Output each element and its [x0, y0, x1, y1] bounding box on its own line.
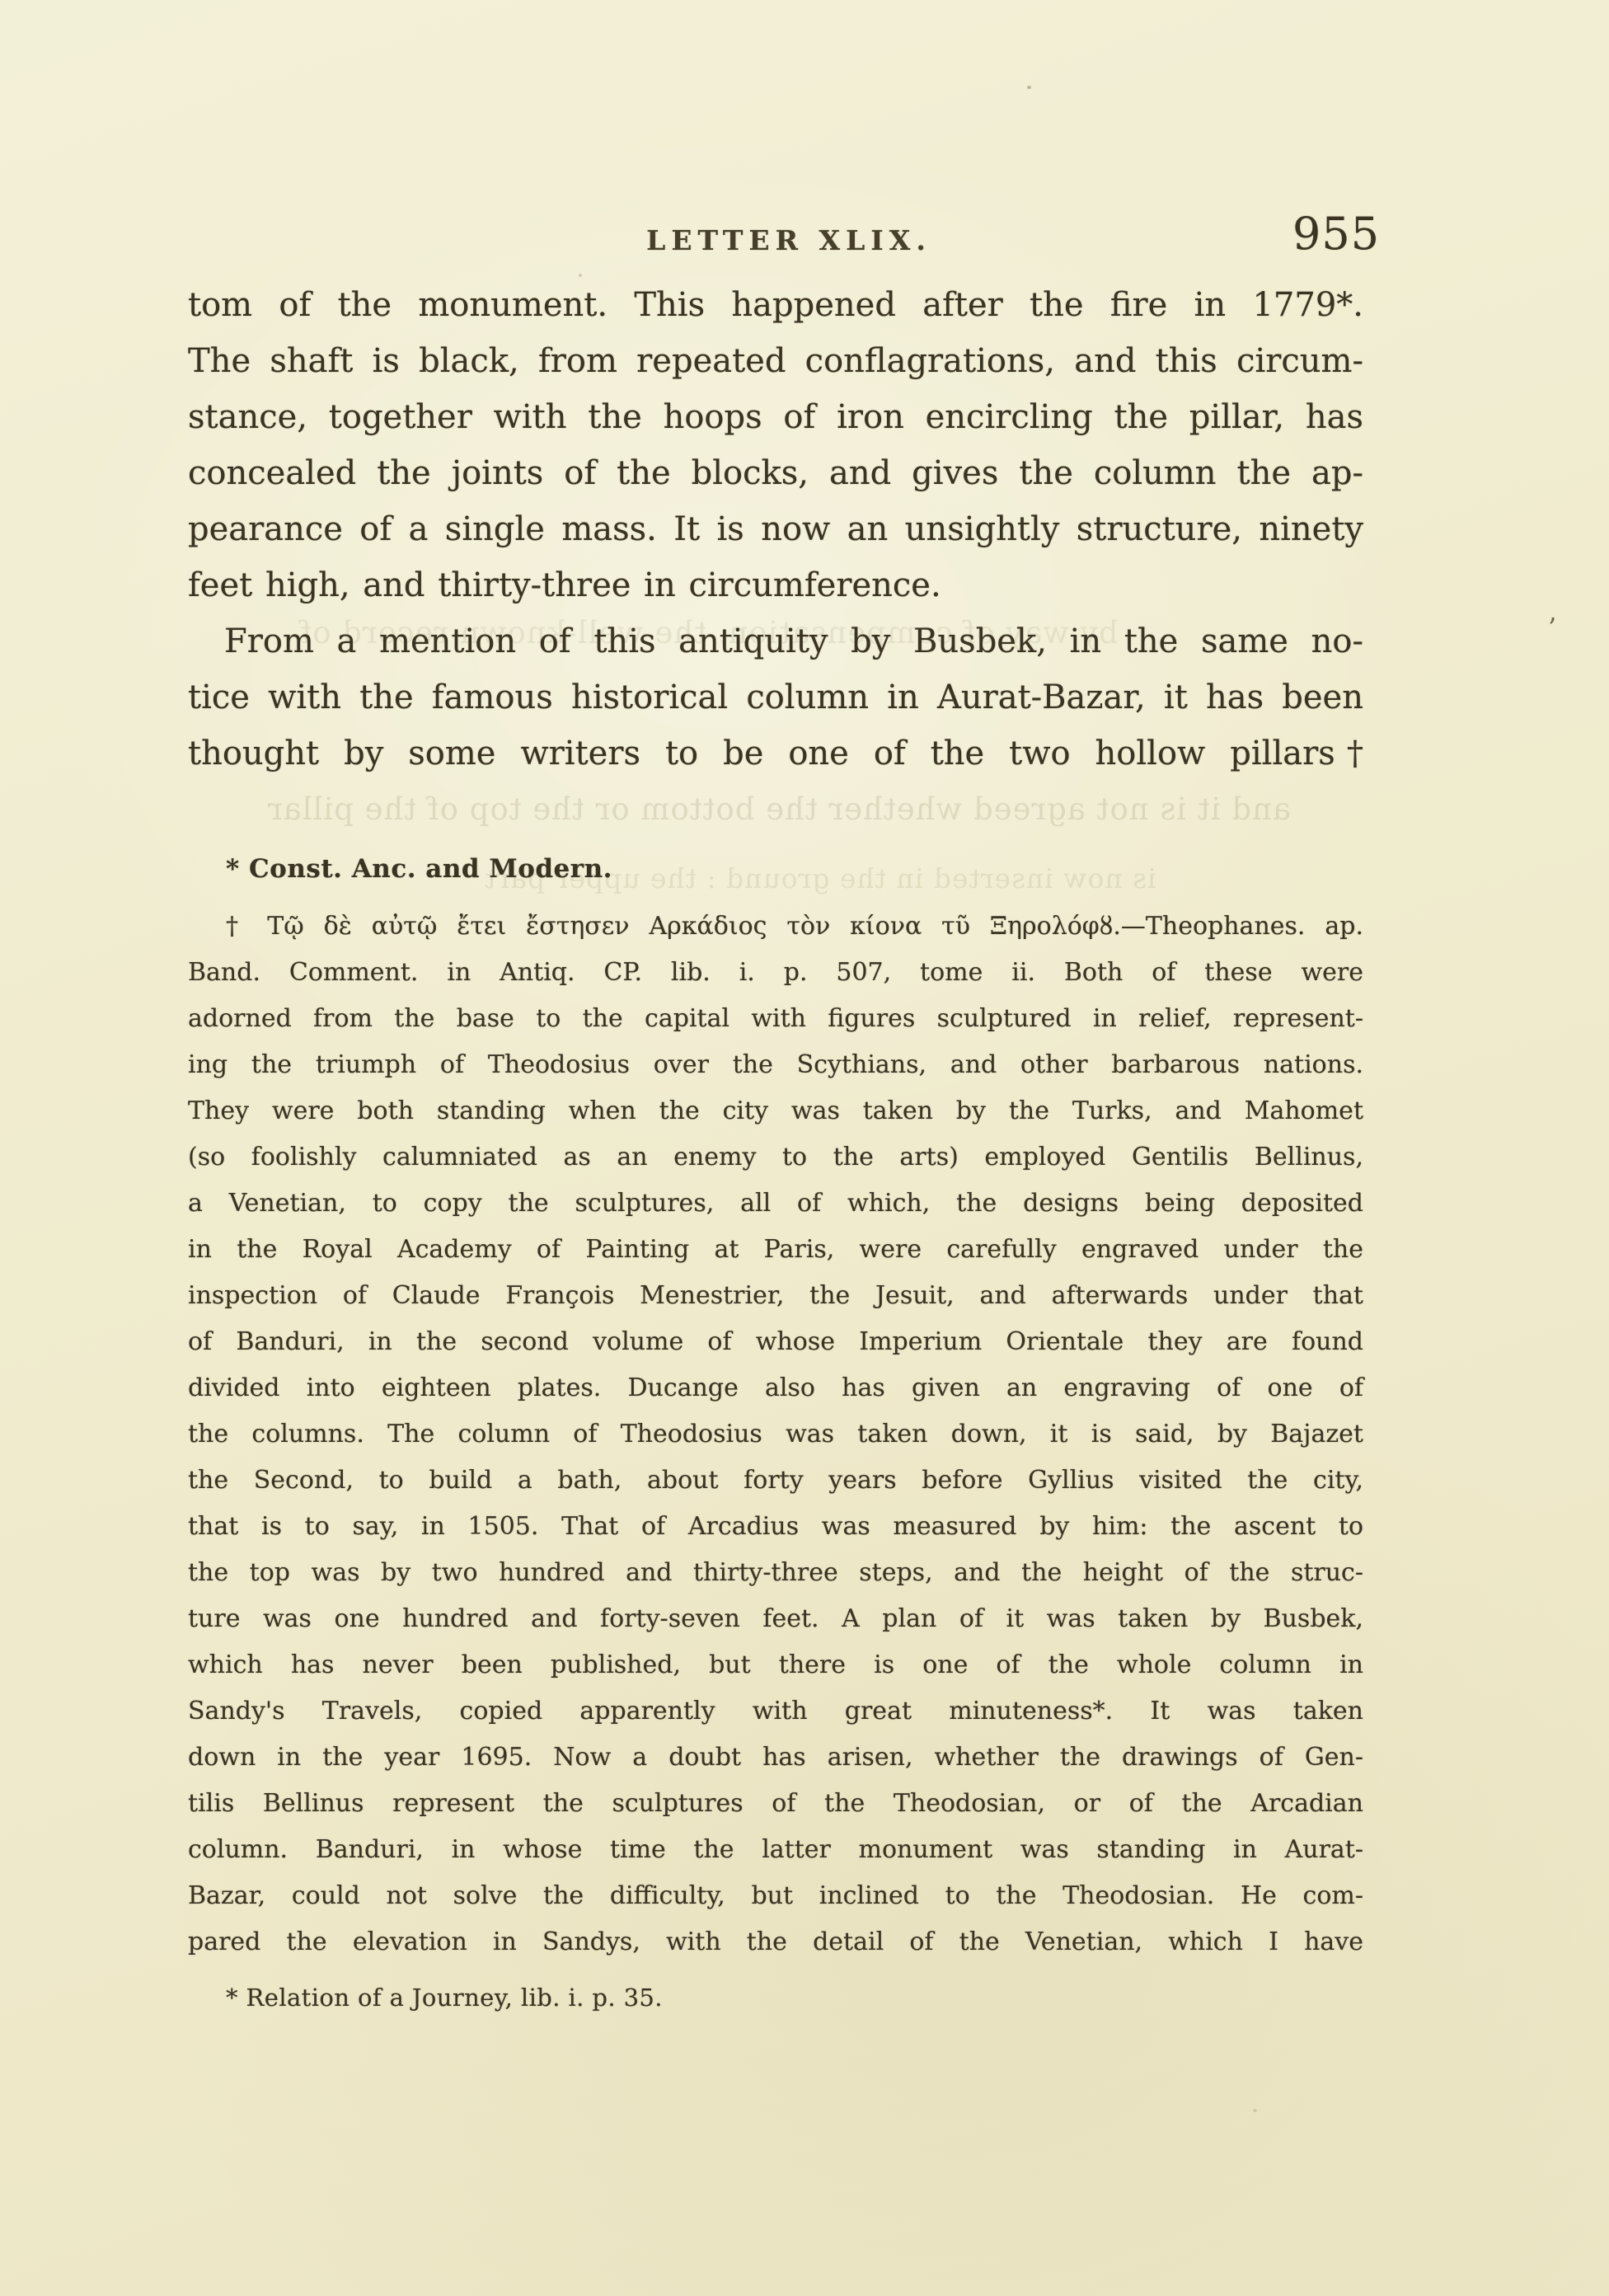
footnote-line: adorned from the base to the capital wit…	[188, 996, 1363, 1042]
text-line: feet high, and thirty-three in circumfer…	[188, 557, 1363, 613]
footnote-line: tilis Bellinus represent the sculptures …	[188, 1781, 1363, 1827]
footnote-line: inspection of Claude François Menestrier…	[188, 1273, 1363, 1319]
footnote-line: ture was one hundred and forty-seven fee…	[188, 1596, 1363, 1642]
footnote-line: the columns. The column of Theodosius wa…	[188, 1411, 1363, 1458]
paragraph-monument: tom of the monument. This happened after…	[188, 277, 1363, 613]
footnote-line: † Τῷ δὲ αὐτῷ ἔτει ἔστησεν Αρκάδιος τὸν κ…	[188, 904, 1363, 950]
bleedthrough-text: and it is not agreed whether the bottom …	[198, 791, 1360, 827]
paper-speck	[1253, 2109, 1257, 2112]
footnote-line: the Second, to build a bath, about forty…	[188, 1458, 1363, 1504]
footnote-line: Sandy's Travels, copied apparently with …	[188, 1688, 1363, 1735]
footnote-line: Bazar, could not solve the difficulty, b…	[188, 1873, 1363, 1919]
paper-speck	[579, 274, 582, 277]
text-line: The shaft is black, from repeated confla…	[188, 333, 1363, 389]
text-line: tom of the monument. This happened after…	[188, 277, 1363, 333]
text-line: tice with the famous historical column i…	[188, 669, 1363, 725]
footnote-line: Band. Comment. in Antiq. CP. lib. i. p. …	[188, 950, 1363, 996]
footnote-line: divided into eighteen plates. Ducange al…	[188, 1365, 1363, 1411]
footnote-dagger: † Τῷ δὲ αὐτῷ ἔτει ἔστησεν Αρκάδιος τὸν κ…	[188, 904, 1363, 1965]
text-line: thought by some writers to be one of the…	[188, 725, 1363, 782]
footnote-line: (so foolishly calumniated as an enemy to…	[188, 1134, 1363, 1181]
footnote-line: the top was by two hundred and thirty-th…	[188, 1550, 1363, 1596]
footnote-line: in the Royal Academy of Painting at Pari…	[188, 1227, 1363, 1273]
footnote-line: ing the triumph of Theodosius over the S…	[188, 1042, 1363, 1088]
footnote-line: down in the year 1695. Now a doubt has a…	[188, 1735, 1363, 1781]
footnote-source: * Relation of a Journey, lib. i. p. 35.	[226, 1984, 663, 2012]
footnote-line: a Venetian, to copy the sculptures, all …	[188, 1181, 1363, 1227]
running-head-title: LETTER XLIX.	[646, 224, 931, 256]
page-number: 955	[1292, 208, 1380, 260]
text-line: pearance of a single mass. It is now an …	[188, 501, 1363, 557]
footnote-const: * Const. Anc. and Modern.	[226, 854, 612, 884]
main-text: tom of the monument. This happened after…	[188, 277, 1363, 782]
footnote-line: which has never been published, but ther…	[188, 1642, 1363, 1688]
text-line: From a mention of this antiquity by Busb…	[188, 613, 1363, 669]
footnote-line: pared the elevation in Sandys, with the …	[188, 1919, 1363, 1965]
text-line: concealed the joints of the blocks, and …	[188, 445, 1363, 501]
footnote-line: They were both standing when the city wa…	[188, 1088, 1363, 1134]
footnote-line: of Banduri, in the second volume of whos…	[188, 1319, 1363, 1365]
edge-mark: ’	[1548, 612, 1556, 643]
scanned-book-page: by way of compensation, the well-known r…	[0, 0, 1609, 2296]
footnote-line: that is to say, in 1505. That of Arcadiu…	[188, 1504, 1363, 1550]
paper-speck	[1027, 86, 1031, 89]
footnote-line: column. Banduri, in whose time the latte…	[188, 1827, 1363, 1873]
text-line: stance, together with the hoops of iron …	[188, 389, 1363, 445]
paragraph-busbek: From a mention of this antiquity by Busb…	[188, 613, 1363, 782]
